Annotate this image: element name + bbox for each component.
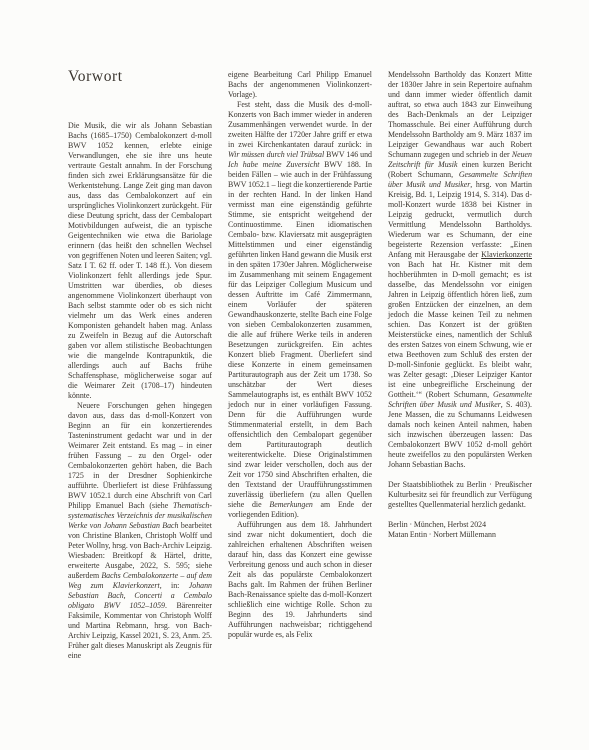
text-run: Fest steht, dass die Musik des d-moll-Ko…: [228, 100, 372, 149]
text-run: Neuere Forschungen gehen hingegen davon …: [68, 401, 212, 510]
italic-text-run: Wir müssen durch viel Trübsal: [228, 150, 324, 159]
page-title: Vorwort: [68, 68, 123, 86]
paragraph: Fest steht, dass die Musik des d-moll-Ko…: [228, 100, 372, 520]
paragraph: Mendelssohn Bartholdy das Konzert Mitte …: [388, 70, 532, 470]
text-column-3: Mendelssohn Bartholdy das Konzert Mitte …: [388, 70, 532, 540]
italic-text-run: Ich habe meine Zuversicht: [228, 160, 319, 169]
text-run: eigene Bearbeitung Carl Philipp Emanuel …: [228, 70, 372, 99]
preface-page: Vorwort Die Musik, die wir als Johann Se…: [0, 0, 589, 750]
text-run: Berlin · München, Herbst 2024: [388, 520, 486, 529]
text-run: , S. 403). Jene Massen, die zu Schumanns…: [388, 400, 532, 469]
text-run: Der Staatsbibliothek zu Berlin · Preußis…: [388, 480, 532, 509]
paragraph: Matan Entin · Norbert Müllemann: [388, 530, 532, 540]
paragraph: Die Musik, die wir als Johann Sebastian …: [68, 121, 212, 401]
text-column-2: eigene Bearbeitung Carl Philipp Emanuel …: [228, 70, 372, 640]
text-run: BWV 146 und: [324, 150, 372, 159]
paragraph: eigene Bearbeitung Carl Philipp Emanuel …: [228, 70, 372, 100]
text-run: Mendelssohn Bartholdy das Konzert Mitte …: [388, 70, 532, 159]
paragraph: Aufführungen aus dem 18. Jahrhundert sin…: [228, 520, 372, 640]
paragraph: Berlin · München, Herbst 2024: [388, 520, 532, 530]
text-run: , hrsg. von Martin Kreisig, Bd. 1, Leipz…: [388, 180, 532, 259]
text-column-1: Die Musik, die wir als Johann Sebastian …: [68, 121, 212, 661]
underlined-text-run: Klavierkonzerte: [481, 250, 532, 259]
text-run: von Bach hat Hr. Kistner mit dem hochber…: [388, 260, 532, 399]
text-run: Die Musik, die wir als Johann Sebastian …: [68, 121, 212, 400]
text-run: , in:: [160, 581, 189, 590]
paragraph: Neuere Forschungen gehen hingegen davon …: [68, 401, 212, 661]
text-run: Matan Entin · Norbert Müllemann: [388, 530, 496, 539]
paragraph: Der Staatsbibliothek zu Berlin · Preußis…: [388, 480, 532, 510]
text-run: BWV 188. In beiden Fällen – wie auch in …: [228, 160, 372, 509]
text-run: Aufführungen aus dem 18. Jahrhundert sin…: [228, 520, 372, 639]
italic-text-run: Bemerkungen: [269, 500, 312, 509]
